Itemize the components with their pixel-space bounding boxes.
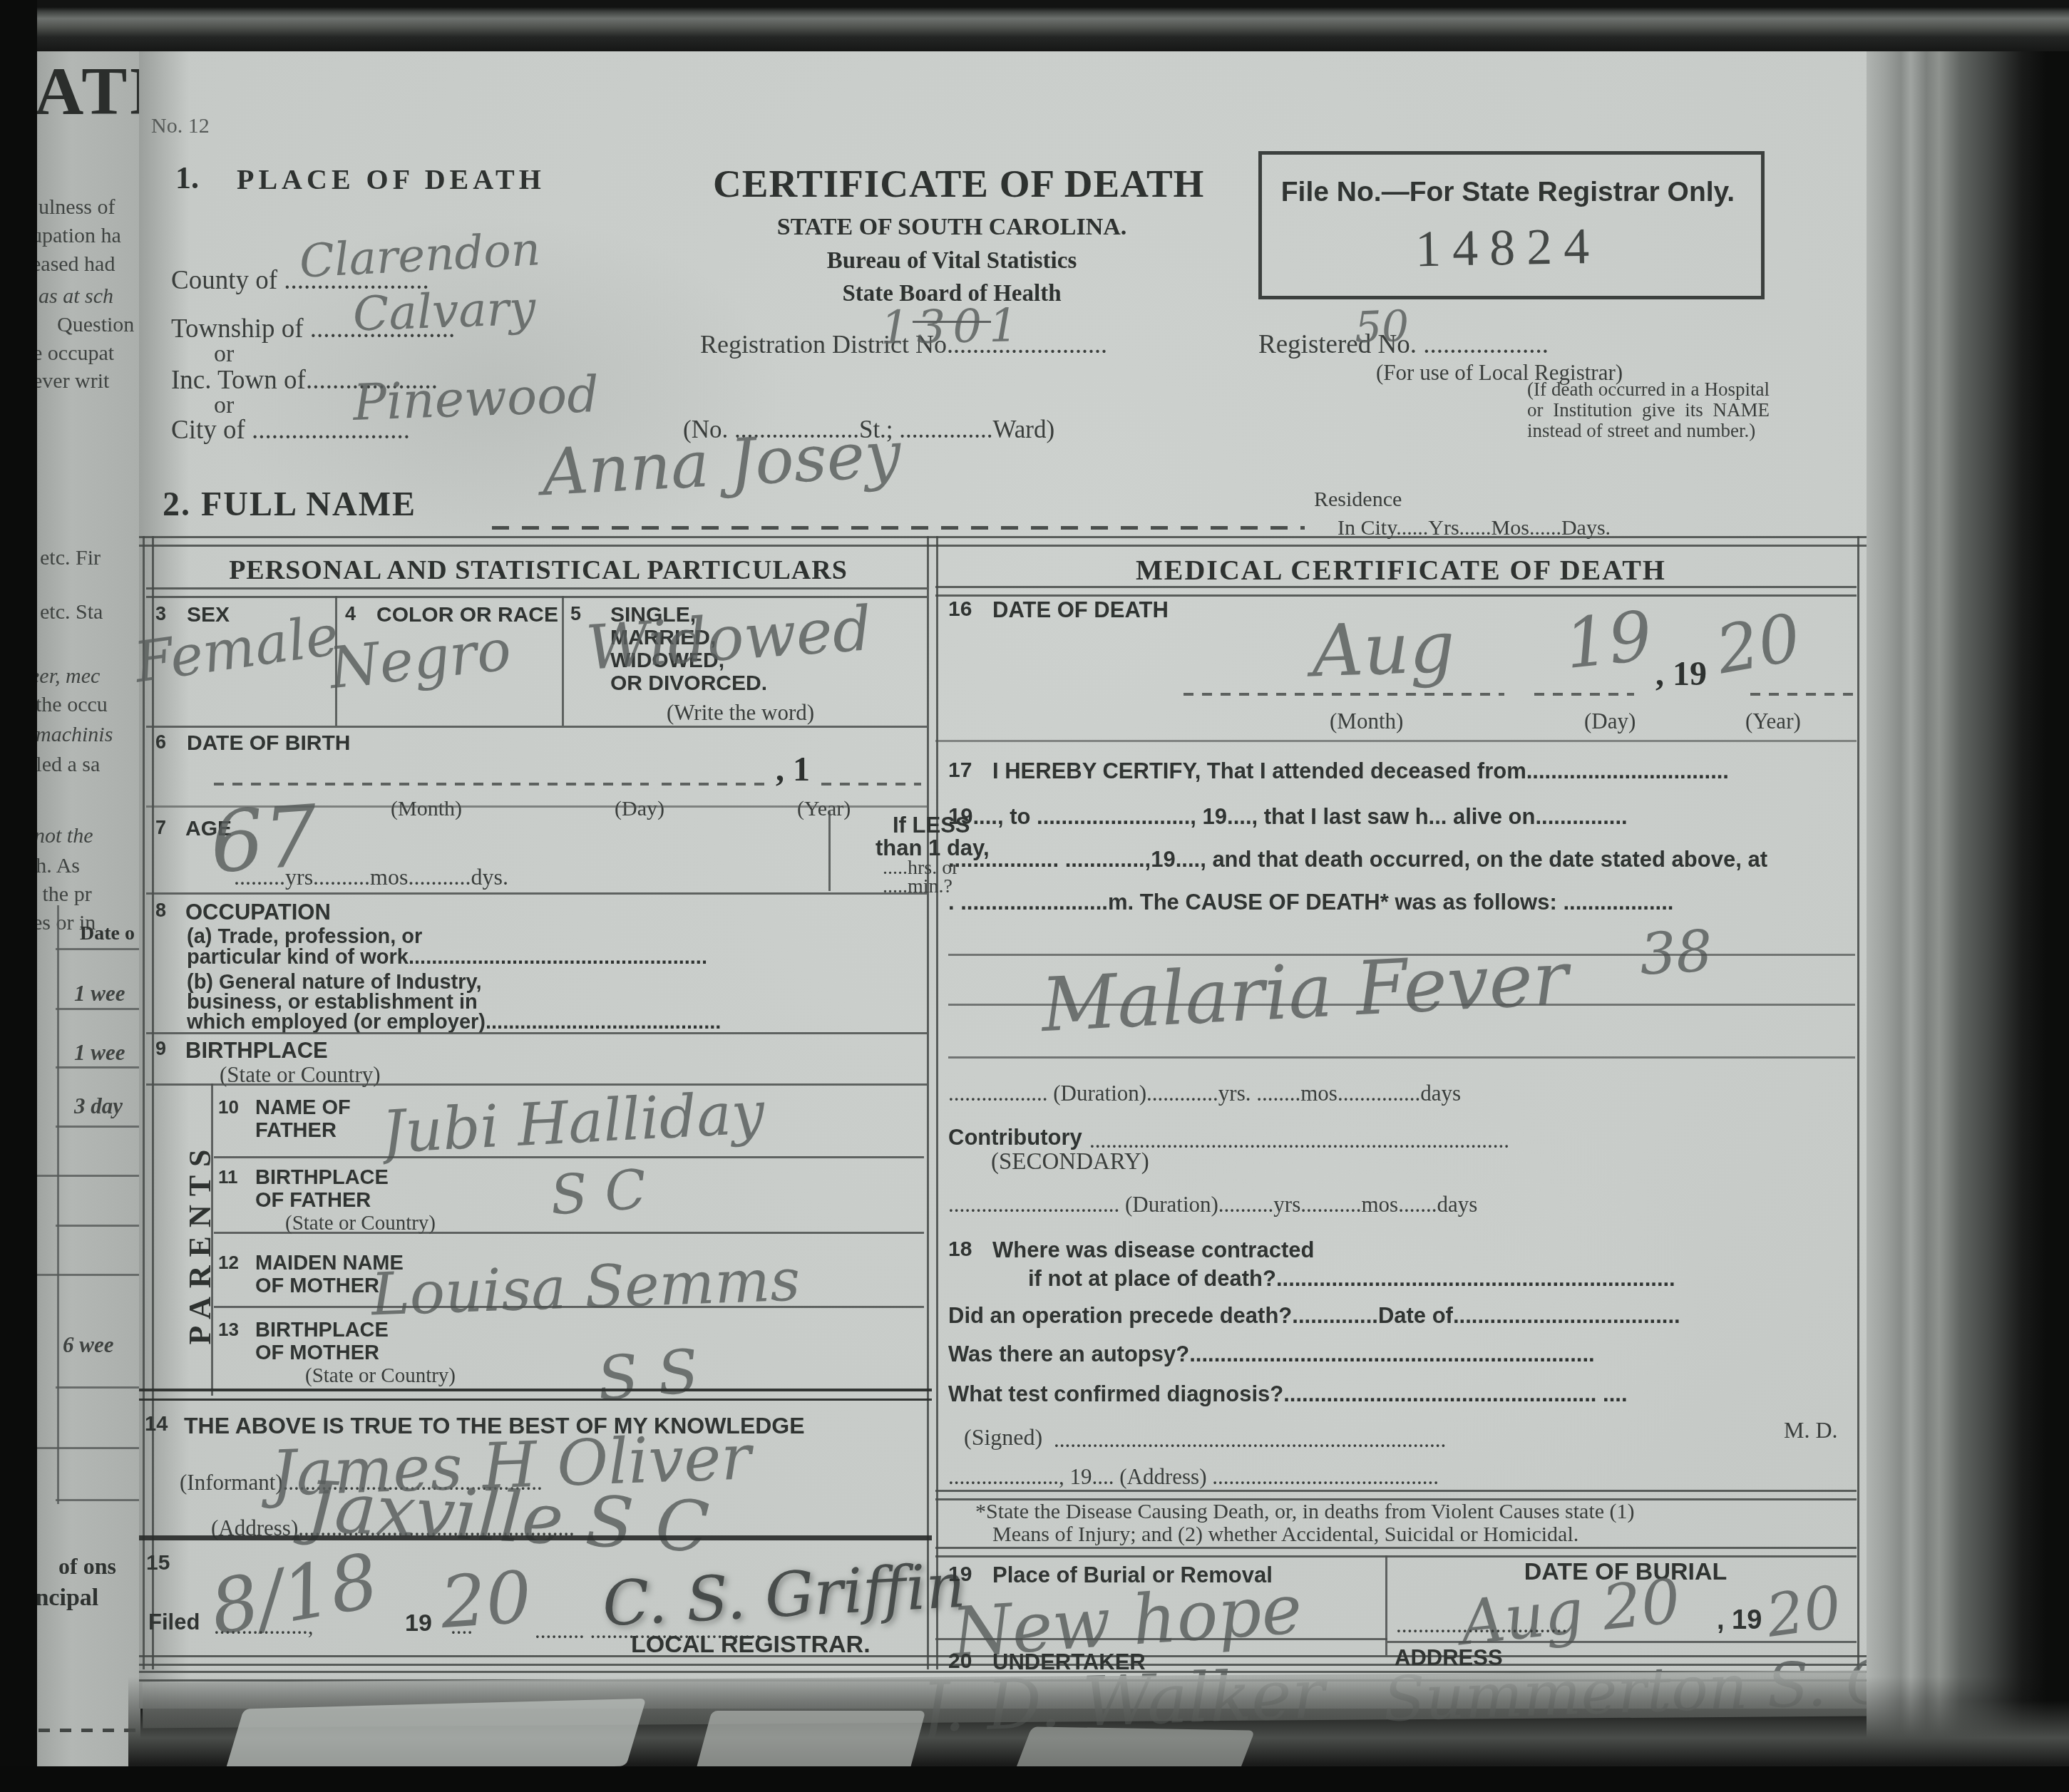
dod-month-label: (Month) bbox=[1330, 709, 1403, 734]
dod-line bbox=[1534, 693, 1634, 696]
underlay-table-vline bbox=[57, 905, 59, 1504]
underlay-line: ever writ bbox=[33, 369, 109, 393]
mother-name-label2: OF MOTHER bbox=[255, 1275, 379, 1298]
birthplace-field-label: BIRTHPLACE bbox=[185, 1038, 328, 1064]
full-name-label: 2. FULL NAME bbox=[163, 485, 416, 524]
dob-day-label: (Day) bbox=[615, 797, 664, 821]
duration-line: ............................... (Duratio… bbox=[948, 1192, 1855, 1217]
mother-name-rule bbox=[214, 1306, 924, 1308]
disease-contracted-number: 18 bbox=[948, 1237, 972, 1262]
underlay-line: eased had bbox=[31, 252, 115, 277]
underlay-line: e occupat bbox=[33, 341, 114, 366]
underlay-table-rule bbox=[56, 1008, 140, 1010]
underlay-page-strip: ATH ulness of upation ha eased had as at… bbox=[29, 50, 140, 1775]
test-line: What test confirmed diagnosis?..........… bbox=[948, 1381, 1855, 1407]
dod-day-label: (Day) bbox=[1584, 709, 1636, 734]
tape-fragment bbox=[224, 1699, 647, 1777]
place-of-death-label: PLACE OF DEATH bbox=[237, 163, 545, 196]
personal-title-rule bbox=[146, 587, 927, 598]
underlay-table-rule bbox=[56, 1386, 140, 1389]
dod-year-value: 20 bbox=[1711, 599, 1807, 689]
local-registrar-label: LOCAL REGISTRAR. bbox=[631, 1631, 871, 1659]
underlay-line: f the pr bbox=[30, 882, 92, 907]
dod-line bbox=[1184, 693, 1504, 696]
underlay-line: upation ha bbox=[31, 224, 121, 248]
sex-row-rule bbox=[146, 726, 927, 728]
age-field-number: 7 bbox=[155, 817, 166, 839]
medical-section-title: MEDICAL CERTIFICATE OF DEATH bbox=[948, 553, 1854, 587]
dob-line bbox=[662, 783, 769, 786]
underlay-line: th. As bbox=[30, 854, 80, 878]
dod-row-rule bbox=[935, 740, 1857, 742]
signed-label: (Signed) bbox=[964, 1424, 1042, 1451]
dod-day-value: 19 bbox=[1561, 596, 1655, 684]
underlay-table-rule bbox=[29, 1175, 140, 1177]
full-name-line bbox=[492, 526, 1305, 530]
underlay-line: etc. Sta bbox=[40, 600, 103, 624]
father-bp-number: 11 bbox=[218, 1166, 238, 1188]
birthplace-field-number: 9 bbox=[155, 1038, 166, 1060]
cause-rule bbox=[948, 1004, 1855, 1006]
filed-dots: .... bbox=[451, 1614, 473, 1639]
photo-top-edge bbox=[0, 0, 2069, 51]
registered-number-value: 50 bbox=[1354, 302, 1410, 354]
underlay-table-header: Date o bbox=[80, 922, 135, 945]
contributory-dots: ........................................… bbox=[1089, 1128, 1856, 1153]
dob-field-number: 6 bbox=[155, 731, 166, 753]
underlay-line: lled a sa bbox=[30, 753, 100, 777]
personal-section-title: PERSONAL AND STATISTICAL PARTICULARS bbox=[150, 555, 927, 586]
father-bp-label1: BIRTHPLACE bbox=[255, 1166, 389, 1190]
underlay-table-rule bbox=[56, 948, 140, 950]
registered-number-label: Registered No. ................... bbox=[1258, 329, 1757, 360]
underlay-line: Question bbox=[57, 313, 134, 337]
autopsy-line: Was there an autopsy?...................… bbox=[948, 1342, 1855, 1367]
duration-line: .................. (Duration)...........… bbox=[948, 1081, 1855, 1106]
signed-address-line: ...................., 19.... (Address) .… bbox=[948, 1464, 1855, 1490]
underlay-line: not the bbox=[34, 824, 93, 848]
underlay-table-cell: 1 wee bbox=[74, 1040, 125, 1066]
certify-number: 17 bbox=[948, 758, 972, 783]
dod-field-label: DATE OF DEATH bbox=[992, 597, 1169, 623]
underlay-dashed-line bbox=[38, 1729, 135, 1732]
filed-year-print: 19 bbox=[405, 1610, 432, 1637]
underlay-footer-text: of ons bbox=[58, 1553, 116, 1580]
certify-line: I HEREBY CERTIFY, That I attended deceas… bbox=[992, 758, 1855, 784]
mother-name-number: 12 bbox=[218, 1252, 239, 1274]
mother-bp-number: 13 bbox=[218, 1319, 239, 1341]
dob-line bbox=[214, 783, 649, 786]
father-name-label1: NAME OF bbox=[255, 1096, 351, 1120]
section-top-rule bbox=[139, 536, 1867, 547]
left-border bbox=[143, 536, 154, 1669]
underlay-line: machinis bbox=[36, 723, 113, 747]
underlay-table-rule bbox=[29, 1447, 140, 1449]
footnote-bottom-rule bbox=[935, 1547, 1857, 1557]
parents-label: PARENTS bbox=[182, 1101, 218, 1386]
burial-date-rule bbox=[1387, 1641, 1857, 1643]
age-less-line: .....min.? bbox=[883, 875, 953, 898]
marital-field-number: 5 bbox=[570, 603, 581, 625]
father-bp-label2: OF FATHER bbox=[255, 1189, 371, 1212]
photo-bottom-edge bbox=[0, 1766, 2069, 1792]
knowledge-rule bbox=[139, 1389, 932, 1401]
certificate-bureau: Bureau of Vital Statistics bbox=[713, 248, 1191, 274]
underlay-table-rule bbox=[56, 1126, 140, 1128]
disease-contracted-line: Where was disease contracted bbox=[992, 1237, 1314, 1263]
certify-line: .................. .............,19....,… bbox=[948, 847, 1855, 872]
medical-title-rule bbox=[935, 586, 1857, 597]
burial-date-year-print: , 19 bbox=[1717, 1605, 1762, 1636]
city-value: Pinewood bbox=[352, 365, 600, 432]
mother-bp-hint: (State or Country) bbox=[305, 1364, 456, 1388]
underlay-big-text: ATH bbox=[34, 51, 140, 130]
signed-dots: ........................................… bbox=[1054, 1427, 1774, 1453]
cause-prompt-line: . ........................m. The CAUSE O… bbox=[948, 890, 1855, 915]
burial-date-year-value: 20 bbox=[1762, 1573, 1846, 1651]
underlay-table-rule bbox=[56, 1066, 140, 1068]
dod-year-label: (Year) bbox=[1745, 709, 1801, 734]
operation-line: Did an operation precede death?.........… bbox=[948, 1303, 1855, 1329]
dod-year-print: , 19 bbox=[1655, 654, 1707, 694]
father-bp-rule bbox=[214, 1232, 924, 1234]
father-bp-value: S C bbox=[548, 1157, 648, 1227]
filed-heavy-rule bbox=[139, 1535, 932, 1540]
footnote-line: Means of Injury; and (2) whether Acciden… bbox=[992, 1523, 1578, 1547]
underlay-table-rule bbox=[56, 1499, 140, 1501]
age-units-line: .........yrs..........mos...........dys. bbox=[234, 864, 818, 890]
occupation-a-line: particular kind of work.................… bbox=[187, 946, 921, 969]
registration-district-value: 1301 bbox=[880, 299, 1025, 355]
secondary-label: (SECONDARY) bbox=[991, 1149, 1149, 1175]
burial-row-rule bbox=[935, 1638, 1387, 1640]
contributory-label: Contributory bbox=[948, 1125, 1082, 1150]
dod-line bbox=[1750, 693, 1854, 696]
footnote-top-rule bbox=[935, 1490, 1857, 1500]
filed-section-number: 15 bbox=[146, 1551, 170, 1575]
filed-label: Filed bbox=[148, 1610, 200, 1635]
knowledge-number: 14 bbox=[145, 1413, 168, 1436]
certificate-title: CERTIFICATE OF DEATH bbox=[713, 161, 1191, 206]
sex-field-number: 3 bbox=[155, 603, 166, 625]
occupation-field-label: OCCUPATION bbox=[185, 900, 331, 925]
race-field-number: 4 bbox=[345, 603, 356, 625]
underlay-line: ulness of bbox=[38, 195, 115, 220]
hospital-note: (If death occurred in a Hospital or Inst… bbox=[1527, 379, 1770, 441]
marital-hint: (Write the word) bbox=[667, 700, 814, 726]
underlay-table-cell: 3 day bbox=[74, 1093, 123, 1119]
race-marital-divider bbox=[562, 596, 564, 726]
dob-line bbox=[821, 783, 921, 786]
signed-md-label: M. D. bbox=[1784, 1417, 1838, 1443]
underlay-line: the occu bbox=[36, 693, 108, 717]
mother-bp-value: S S bbox=[595, 1336, 702, 1414]
underlay-line: etc. Fir bbox=[40, 546, 101, 570]
cause-code-value: 38 bbox=[1638, 917, 1715, 987]
footnote-line: *State the Disease Causing Death, or, in… bbox=[975, 1500, 1635, 1524]
underlay-line: eer, mec bbox=[30, 664, 100, 689]
underlay-line: as at sch bbox=[38, 284, 113, 309]
certify-line: 19...., to ........................., 19… bbox=[948, 804, 1855, 830]
file-box-label: File No.—For State Registrar Only. bbox=[1265, 177, 1750, 208]
father-name-label2: FATHER bbox=[255, 1119, 337, 1143]
father-name-number: 10 bbox=[218, 1096, 239, 1118]
underlay-table-cell: 1 wee bbox=[74, 981, 125, 1006]
mother-bp-label1: BIRTHPLACE bbox=[255, 1319, 389, 1342]
scanned-document: ATH ulness of upation ha eased had as at… bbox=[0, 0, 2069, 1792]
dob-year-print: , 1 bbox=[776, 750, 810, 789]
file-number-stamp: 14824 bbox=[1265, 214, 1750, 282]
underlay-footer-text: incipal bbox=[29, 1585, 98, 1612]
filed-dots: ................., bbox=[214, 1614, 399, 1639]
occupation-b-line: which employed (or employer)............… bbox=[187, 1011, 921, 1034]
burial-date-dots: ............................... bbox=[1396, 1612, 1710, 1638]
occupation-row-rule bbox=[146, 1032, 927, 1034]
dod-field-number: 16 bbox=[948, 597, 972, 622]
cause-rule bbox=[948, 1056, 1855, 1059]
residence-label: Residence bbox=[1314, 488, 1402, 512]
place-of-death-number: 1. bbox=[175, 160, 199, 196]
dob-yearlbl-label: (Year) bbox=[797, 797, 851, 821]
burial-divider bbox=[1385, 1555, 1387, 1655]
disease-contracted-line: if not at place of death?...............… bbox=[1028, 1266, 1855, 1292]
age-row-rule bbox=[146, 892, 927, 895]
form-number: No. 12 bbox=[151, 114, 210, 138]
underlay-table-rule bbox=[56, 1225, 140, 1227]
dod-month-value: Aug bbox=[1310, 605, 1457, 694]
or-word: or bbox=[214, 341, 234, 368]
underlay-table-cell: 6 wee bbox=[63, 1332, 113, 1358]
dob-field-label: DATE OF BIRTH bbox=[187, 731, 350, 756]
page-stack-right-edge bbox=[1867, 0, 2069, 1792]
underlay-table-rule bbox=[29, 1274, 140, 1276]
burial-place-number: 19 bbox=[948, 1562, 972, 1587]
certificate-state: STATE OF SOUTH CAROLINA. bbox=[713, 214, 1191, 241]
occupation-field-number: 8 bbox=[155, 900, 166, 922]
photo-left-edge bbox=[0, 0, 37, 1792]
mother-bp-label2: OF MOTHER bbox=[255, 1342, 379, 1365]
age-divider bbox=[828, 811, 831, 891]
township-value: Calvary bbox=[352, 281, 537, 342]
dob-month-label: (Month) bbox=[391, 797, 462, 821]
father-name-rule bbox=[214, 1156, 924, 1158]
